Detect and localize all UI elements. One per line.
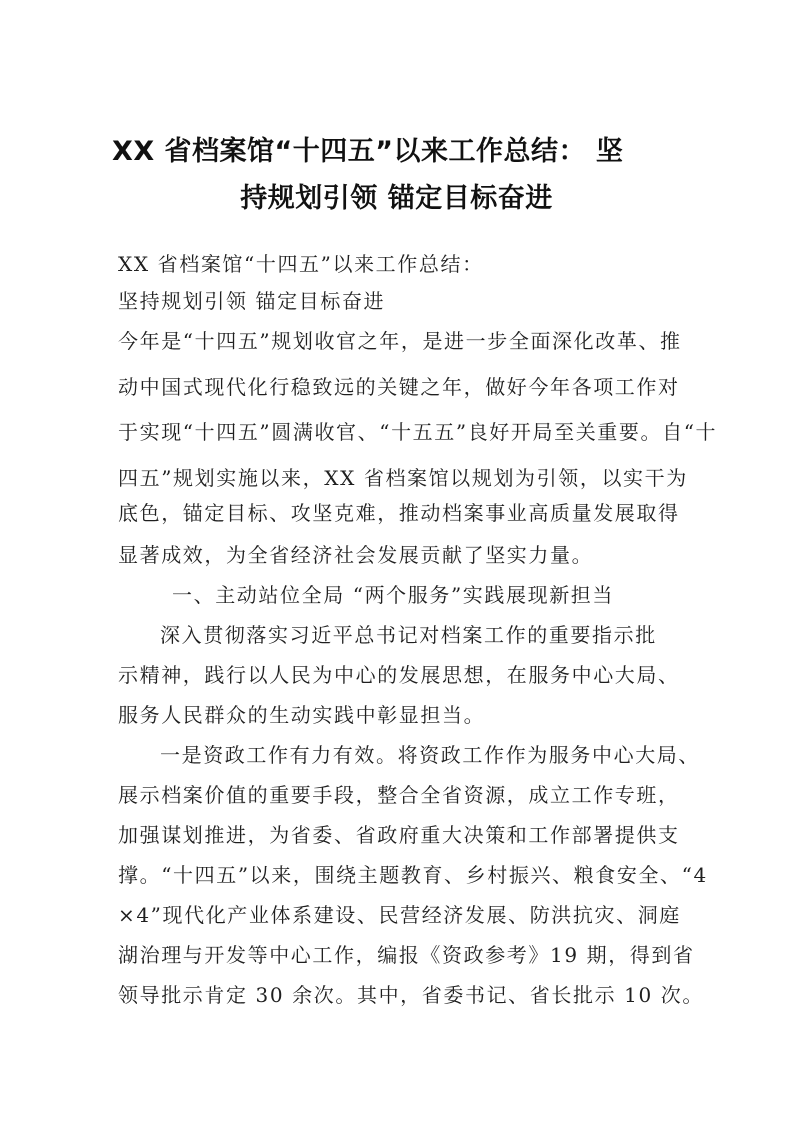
subtitle-line-2: 坚持规划引领 锚定目标奋进: [118, 287, 688, 315]
point-one-line-7: 领导批示肯定 30 余次。其中，省委书记、省长批示 10 次。: [118, 981, 688, 1009]
section-intro-line-2: 示精神，践行以人民为中心的发展思想，在服务中心大局、: [118, 661, 688, 689]
point-one-line-3: 加强谋划推进，为省委、省政府重大决策和工作部署提供支: [118, 821, 688, 849]
document-title-line-1: XX 省档案馆“十四五”以来工作总结： 坚: [112, 129, 682, 168]
intro-line-3: 于实现“十四五”圆满收官、“十五五”良好开局至关重要。自“十: [118, 418, 688, 446]
intro-line-4: 四五”规划实施以来，XX 省档案馆以规划为引领，以实干为: [118, 464, 688, 492]
document-page: XX 省档案馆“十四五”以来工作总结： 坚 持规划引领 锚定目标奋进 XX 省档…: [0, 0, 793, 1122]
point-one-line-5: ×4”现代化产业体系建设、民营经济发展、防洪抗灾、洞庭: [118, 901, 688, 929]
section-intro-line-3: 服务人民群众的生动实践中彰显担当。: [118, 701, 688, 729]
document-title-line-2: 持规划引领 锚定目标奋进: [100, 176, 693, 215]
intro-line-2: 动中国式现代化行稳致远的关键之年，做好今年各项工作对: [118, 373, 688, 401]
point-one-line-1: 一是资政工作有力有效。将资政工作作为服务中心大局、: [160, 741, 730, 769]
intro-line-6: 显著成效，为全省经济社会发展贡献了坚实力量。: [118, 541, 688, 569]
point-one-line-6: 湖治理与开发等中心工作，编报《资政参考》19 期，得到省: [118, 941, 688, 969]
section-intro-line-1: 深入贯彻落实习近平总书记对档案工作的重要指示批: [160, 621, 730, 649]
intro-line-1: 今年是“十四五”规划收官之年，是进一步全面深化改革、推: [118, 327, 688, 355]
intro-line-5: 底色，锚定目标、攻坚克难，推动档案事业高质量发展取得: [118, 499, 688, 527]
subtitle-line-1: XX 省档案馆“十四五”以来工作总结：: [118, 250, 688, 278]
point-one-line-2: 展示档案价值的重要手段，整合全省资源，成立工作专班，: [118, 781, 688, 809]
section-heading: 一、主动站位全局 “两个服务”实践展现新担当: [172, 581, 742, 609]
point-one-line-4: 撑。“十四五”以来，围绕主题教育、乡村振兴、粮食安全、“4: [118, 861, 688, 889]
